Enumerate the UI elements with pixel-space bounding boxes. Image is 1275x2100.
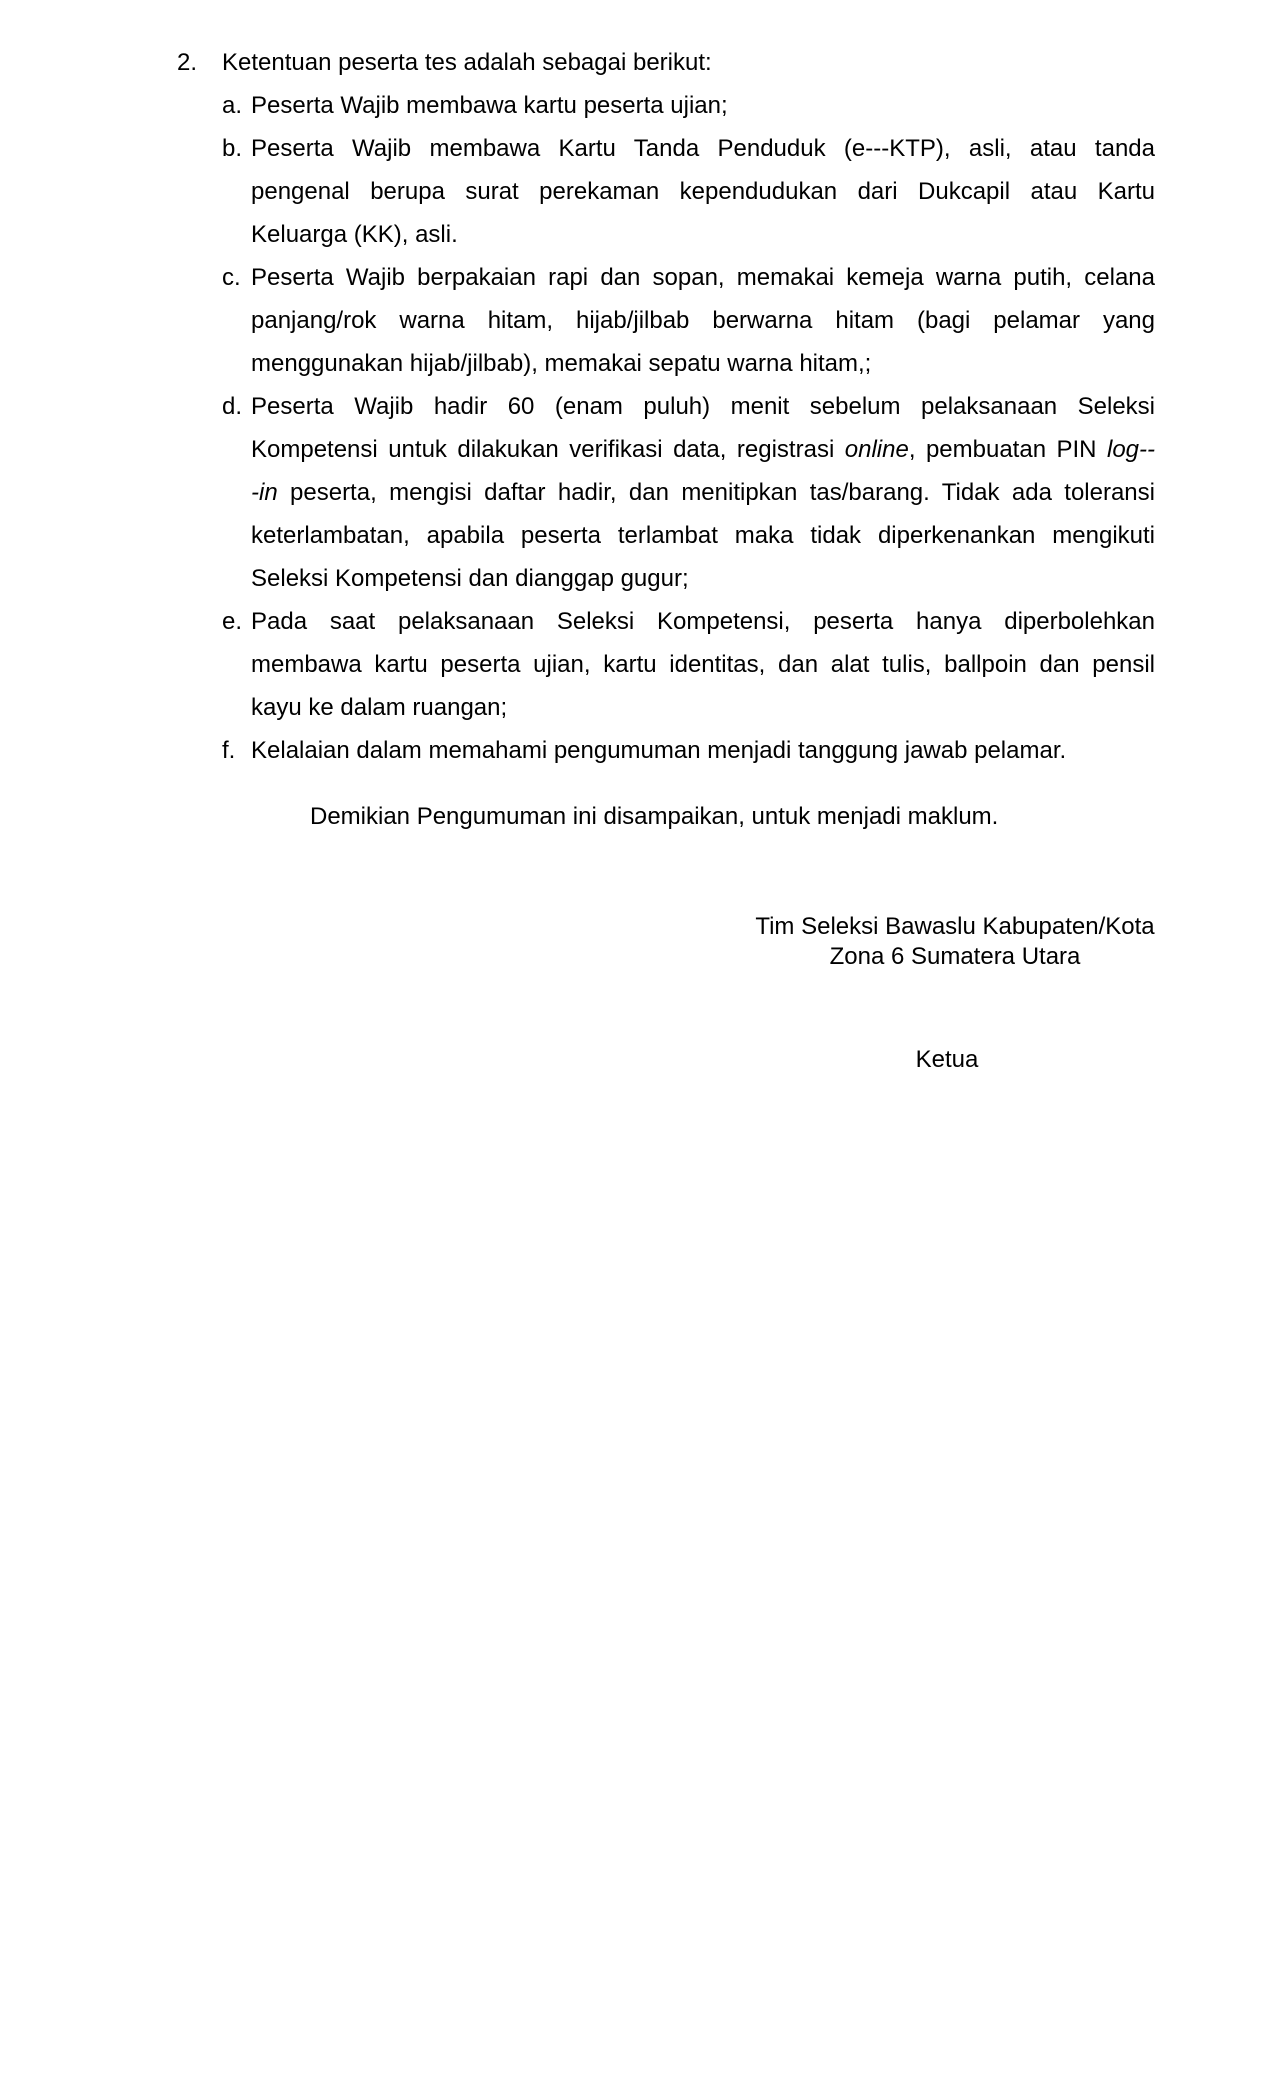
item-a-marker: a. bbox=[222, 84, 242, 127]
italic-online: online bbox=[845, 436, 909, 463]
item-d-line-3-rest: peserta, mengisi daftar hadir, dan menit… bbox=[278, 479, 1155, 506]
item-c-line-2: panjang/rok warna hitam, hijab/jilbab be… bbox=[251, 299, 1155, 342]
item-d-line-5: Seleksi Kompetensi dan dianggap gugur; bbox=[251, 557, 1155, 600]
item-d-line-1: Peserta Wajib hadir 60 (enam puluh) meni… bbox=[251, 385, 1155, 428]
item-b-line-3: Keluarga (KK), asli. bbox=[251, 213, 1155, 256]
item-c-line-1: Peserta Wajib berpakaian rapi dan sopan,… bbox=[251, 256, 1155, 299]
item-c-marker: c. bbox=[222, 256, 241, 299]
item-d-line-4: keterlambatan, apabila peserta terlambat… bbox=[251, 514, 1155, 557]
signature-org-line-1: Tim Seleksi Bawaslu Kabupaten/Kota bbox=[700, 912, 1210, 942]
item-b-marker: b. bbox=[222, 127, 242, 170]
item-e-line-3: kayu ke dalam ruangan; bbox=[251, 686, 1155, 729]
section-heading: Ketentuan peserta tes adalah sebagai ber… bbox=[222, 41, 712, 84]
item-b-line-1: Peserta Wajib membawa Kartu Tanda Pendud… bbox=[251, 127, 1155, 170]
item-e-line-1: Pada saat pelaksanaan Seleksi Kompetensi… bbox=[251, 600, 1155, 643]
document-page: 2. Ketentuan peserta tes adalah sebagai … bbox=[0, 0, 1275, 2100]
signature-org-line-2: Zona 6 Sumatera Utara bbox=[700, 942, 1210, 972]
signature-title: Ketua bbox=[692, 1045, 1202, 1075]
section-number: 2. bbox=[177, 41, 197, 84]
item-d-line-3: -in peserta, mengisi daftar hadir, dan m… bbox=[251, 471, 1155, 514]
item-d-marker: d. bbox=[222, 385, 242, 428]
italic-in: -in bbox=[251, 479, 278, 506]
closing-statement: Demikian Pengumuman ini disampaikan, unt… bbox=[310, 795, 998, 838]
item-d-line-2: Kompetensi untuk dilakukan verifikasi da… bbox=[251, 428, 1155, 471]
item-e-marker: e. bbox=[222, 600, 242, 643]
item-f-line-1: Kelalaian dalam memahami pengumuman menj… bbox=[251, 729, 1155, 772]
item-d-line-2-start: Kompetensi untuk dilakukan verifikasi da… bbox=[251, 436, 845, 463]
item-a-line-1: Peserta Wajib membawa kartu peserta ujia… bbox=[251, 84, 1155, 127]
item-e-line-2: membawa kartu peserta ujian, kartu ident… bbox=[251, 643, 1155, 686]
italic-log: log-- bbox=[1107, 436, 1155, 463]
item-b-line-2: pengenal berupa surat perekaman kependud… bbox=[251, 170, 1155, 213]
item-c-line-3: menggunakan hijab/jilbab), memakai sepat… bbox=[251, 342, 1155, 385]
item-d-line-2-mid: , pembuatan PIN bbox=[909, 436, 1107, 463]
item-f-marker: f. bbox=[222, 729, 235, 772]
